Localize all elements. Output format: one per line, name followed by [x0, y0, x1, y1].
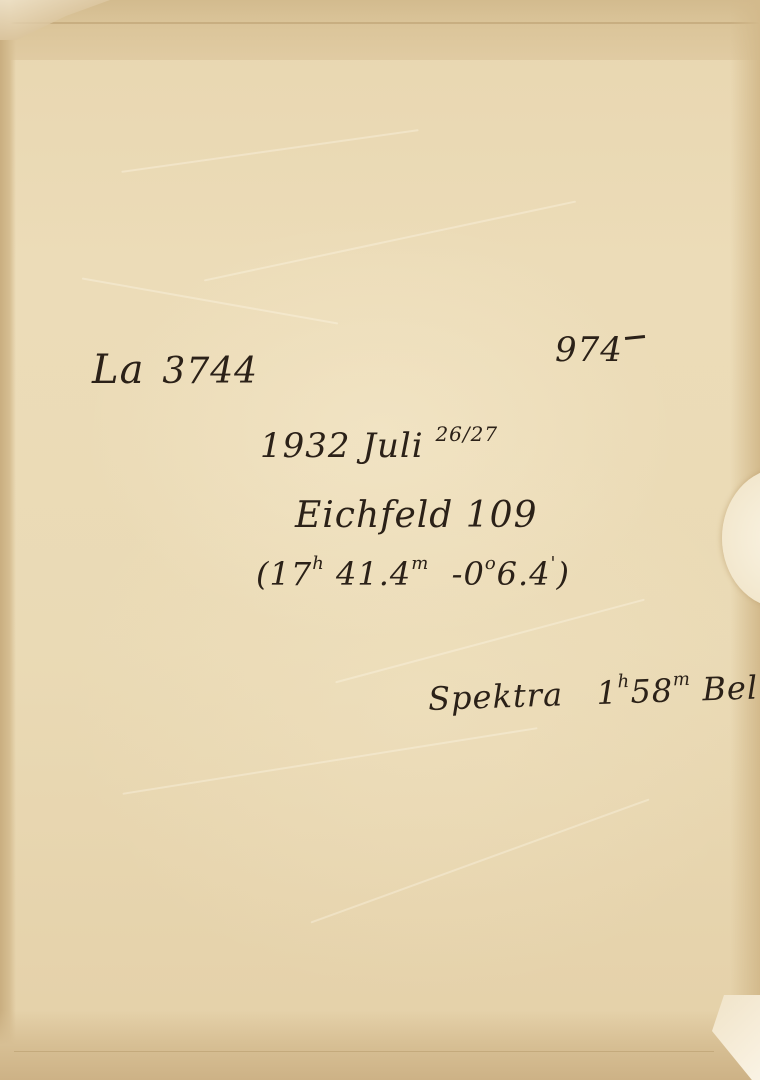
coordinates: (17h 41.4m -0o6.4')	[256, 553, 570, 593]
bottom-fold	[0, 1010, 760, 1080]
dec-minutes: 6.4	[497, 555, 551, 593]
catalog-id: La3744	[92, 347, 258, 393]
paper-wrinkle	[122, 727, 537, 795]
ra-minutes-unit: m	[411, 553, 429, 574]
date-days: 26/27	[435, 422, 498, 446]
overline-mark	[625, 335, 645, 340]
plate-number-value: 974	[555, 330, 623, 370]
ra-hours: 17	[269, 555, 312, 593]
ra-minutes: 41.4	[336, 555, 411, 593]
exposure-minutes-unit: m	[672, 669, 691, 691]
field-name: Eichfeld	[295, 495, 453, 536]
catalog-prefix: La	[92, 347, 144, 393]
top-fold	[0, 0, 760, 60]
dec-degrees-unit: o	[485, 553, 497, 574]
exposure-minutes: 58	[630, 671, 674, 710]
exposure-label: Spektra	[427, 675, 563, 718]
field-designation: Eichfeld 109	[295, 495, 538, 536]
plate-number: 974	[555, 330, 623, 370]
date-month: Juli	[362, 426, 423, 466]
exposure-suffix: Bel.	[702, 668, 760, 708]
paper-wrinkle	[311, 798, 650, 923]
date-year: 1932	[260, 426, 351, 466]
catalog-number: 3744	[162, 351, 258, 392]
paper-wrinkle	[121, 129, 418, 173]
ra-hours-unit: h	[312, 553, 325, 574]
plate-envelope: La3744 974 1932 Juli 26/27 Eichfeld 109 …	[0, 0, 760, 1080]
exposure-note: Spektra 1h58m Bel.	[427, 666, 760, 718]
bottom-fold-crease	[14, 1051, 714, 1052]
top-fold-crease	[10, 22, 760, 24]
observation-date: 1932 Juli 26/27	[260, 422, 498, 466]
paren-close: )	[557, 555, 570, 593]
exposure-hours: 1	[596, 673, 619, 712]
field-number: 109	[466, 495, 538, 536]
dec-degrees: -0	[452, 555, 485, 593]
thumb-cutout	[722, 468, 760, 608]
paper-wrinkle	[204, 201, 576, 282]
paren-open: (	[256, 555, 269, 593]
paper-wrinkle	[82, 277, 338, 324]
left-edge	[0, 0, 16, 1080]
paper-wrinkle	[335, 599, 645, 684]
